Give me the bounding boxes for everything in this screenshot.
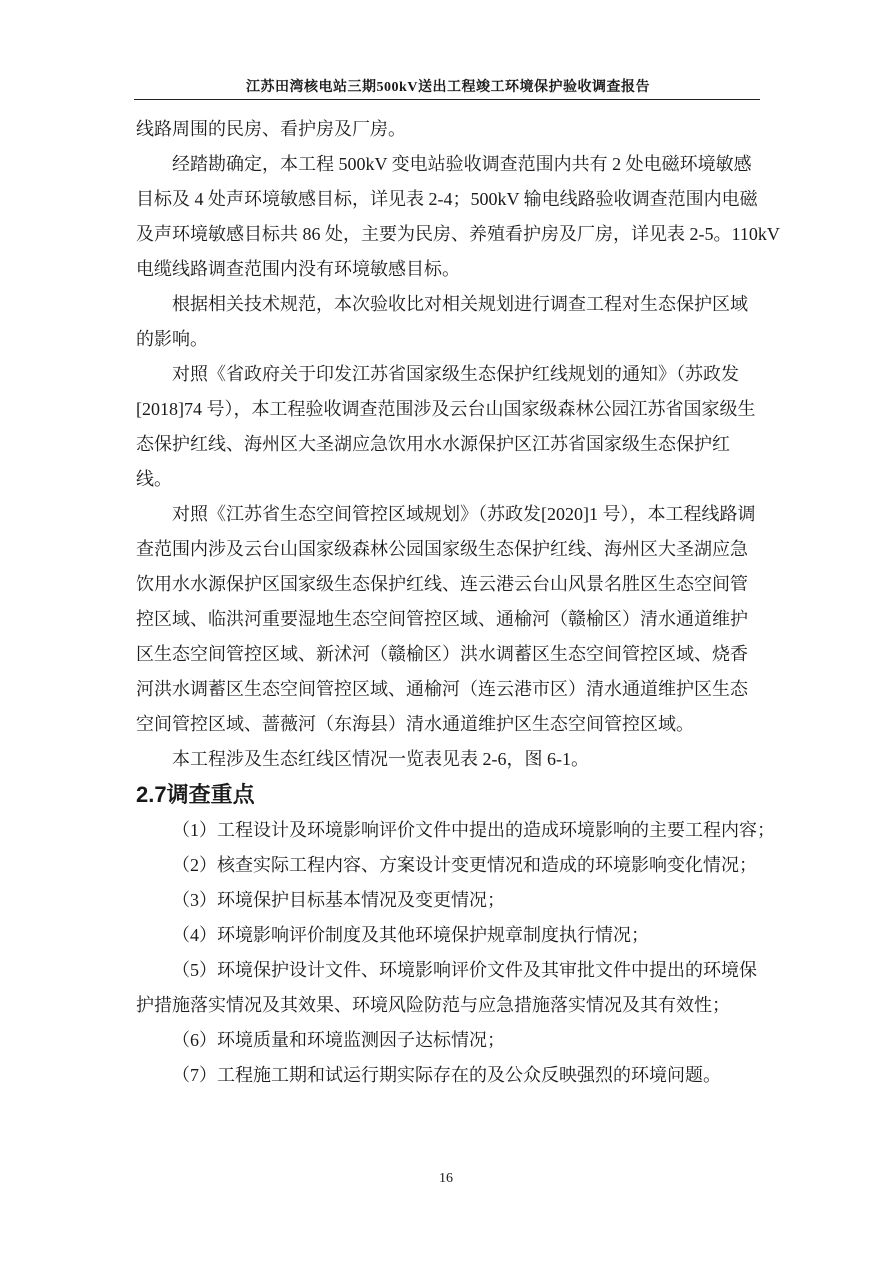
section-heading: 2.7调查重点 — [136, 777, 760, 813]
list-item: （1）工程设计及环境影响评价文件中提出的造成环境影响的主要工程内容； — [136, 813, 760, 848]
list-item: （3）环境保护目标基本情况及变更情况； — [136, 883, 760, 918]
text-line: 根据相关技术规范，本次验收比对相关规划进行调查工程对生态保护区域 — [136, 287, 760, 322]
text-line: 线路周围的民房、看护房及厂房。 — [136, 112, 760, 147]
text-line: 及声环境敏感目标共 86 处，主要为民房、养殖看护房及厂房，详见表 2-5。11… — [136, 217, 760, 252]
text-line: 控区域、临洪河重要湿地生态空间管控区域、通榆河（赣榆区）清水通道维护 — [136, 602, 760, 637]
text-line: 河洪水调蓄区生态空间管控区域、通榆河（连云港市区）清水通道维护区生态 — [136, 672, 760, 707]
text-line: 对照《省政府关于印发江苏省国家级生态保护红线规划的通知》（苏政发 — [136, 357, 760, 392]
text-line: 饮用水水源保护区国家级生态保护红线、连云港云台山风景名胜区生态空间管 — [136, 567, 760, 602]
page-number: 16 — [0, 1171, 892, 1187]
text-line: 本工程涉及生态红线区情况一览表见表 2-6，图 6-1。 — [136, 742, 760, 777]
text-line: 线。 — [136, 462, 760, 497]
paragraph-spatial-control-2020: 对照《江苏省生态空间管控区域规划》（苏政发[2020]1 号），本工程线路调 查… — [136, 497, 760, 742]
list-item: （5）环境保护设计文件、环境影响评价文件及其审批文件中提出的环境保 — [136, 953, 760, 988]
text-line: 区生态空间管控区域、新沭河（赣榆区）洪水调蓄区生态空间管控区域、烧香 — [136, 637, 760, 672]
list-item: （6）环境质量和环境监测因子达标情况； — [136, 1023, 760, 1058]
list-item-continuation: 护措施落实情况及其效果、环境风险防范与应急措施落实情况及其有效性； — [136, 988, 760, 1023]
paragraph-red-line-2018: 对照《省政府关于印发江苏省国家级生态保护红线规划的通知》（苏政发 [2018]7… — [136, 357, 760, 497]
focus-list: （1）工程设计及环境影响评价文件中提出的造成环境影响的主要工程内容； （2）核查… — [136, 813, 760, 1093]
header-divider — [134, 99, 760, 100]
text-line: 的影响。 — [136, 322, 760, 357]
list-item: （7）工程施工期和试运行期实际存在的及公众反映强烈的环境问题。 — [136, 1058, 760, 1093]
text-line: 电缆线路调查范围内没有环境敏感目标。 — [136, 252, 760, 287]
document-body: 线路周围的民房、看护房及厂房。 经踏勘确定，本工程 500kV 变电站验收调查范… — [136, 112, 760, 1093]
paragraph-table-reference: 本工程涉及生态红线区情况一览表见表 2-6，图 6-1。 — [136, 742, 760, 777]
text-line: [2018]74 号），本工程验收调查范围涉及云台山国家级森林公园江苏省国家级生 — [136, 392, 760, 427]
paragraph-technical-spec: 根据相关技术规范，本次验收比对相关规划进行调查工程对生态保护区域 的影响。 — [136, 287, 760, 357]
paragraph-continuation: 线路周围的民房、看护房及厂房。 — [136, 112, 760, 147]
paragraph-sensitive-targets: 经踏勘确定，本工程 500kV 变电站验收调查范围内共有 2 处电磁环境敏感 目… — [136, 147, 760, 287]
text-line: 空间管控区域、蔷薇河（东海县）清水通道维护区生态空间管控区域。 — [136, 707, 760, 742]
text-line: 态保护红线、海州区大圣湖应急饮用水水源保护区江苏省国家级生态保护红 — [136, 427, 760, 462]
text-line: 对照《江苏省生态空间管控区域规划》（苏政发[2020]1 号），本工程线路调 — [136, 497, 760, 532]
text-line: 目标及 4 处声环境敏感目标，详见表 2-4；500kV 输电线路验收调查范围内… — [136, 182, 760, 217]
running-header: 江苏田湾核电站三期500kV送出工程竣工环境保护验收调查报告 — [136, 76, 760, 96]
list-item: （4）环境影响评价制度及其他环境保护规章制度执行情况； — [136, 918, 760, 953]
text-line: 经踏勘确定，本工程 500kV 变电站验收调查范围内共有 2 处电磁环境敏感 — [136, 147, 760, 182]
list-item: （2）核查实际工程内容、方案设计变更情况和造成的环境影响变化情况； — [136, 848, 760, 883]
text-line: 查范围内涉及云台山国家级森林公园国家级生态保护红线、海州区大圣湖应急 — [136, 532, 760, 567]
